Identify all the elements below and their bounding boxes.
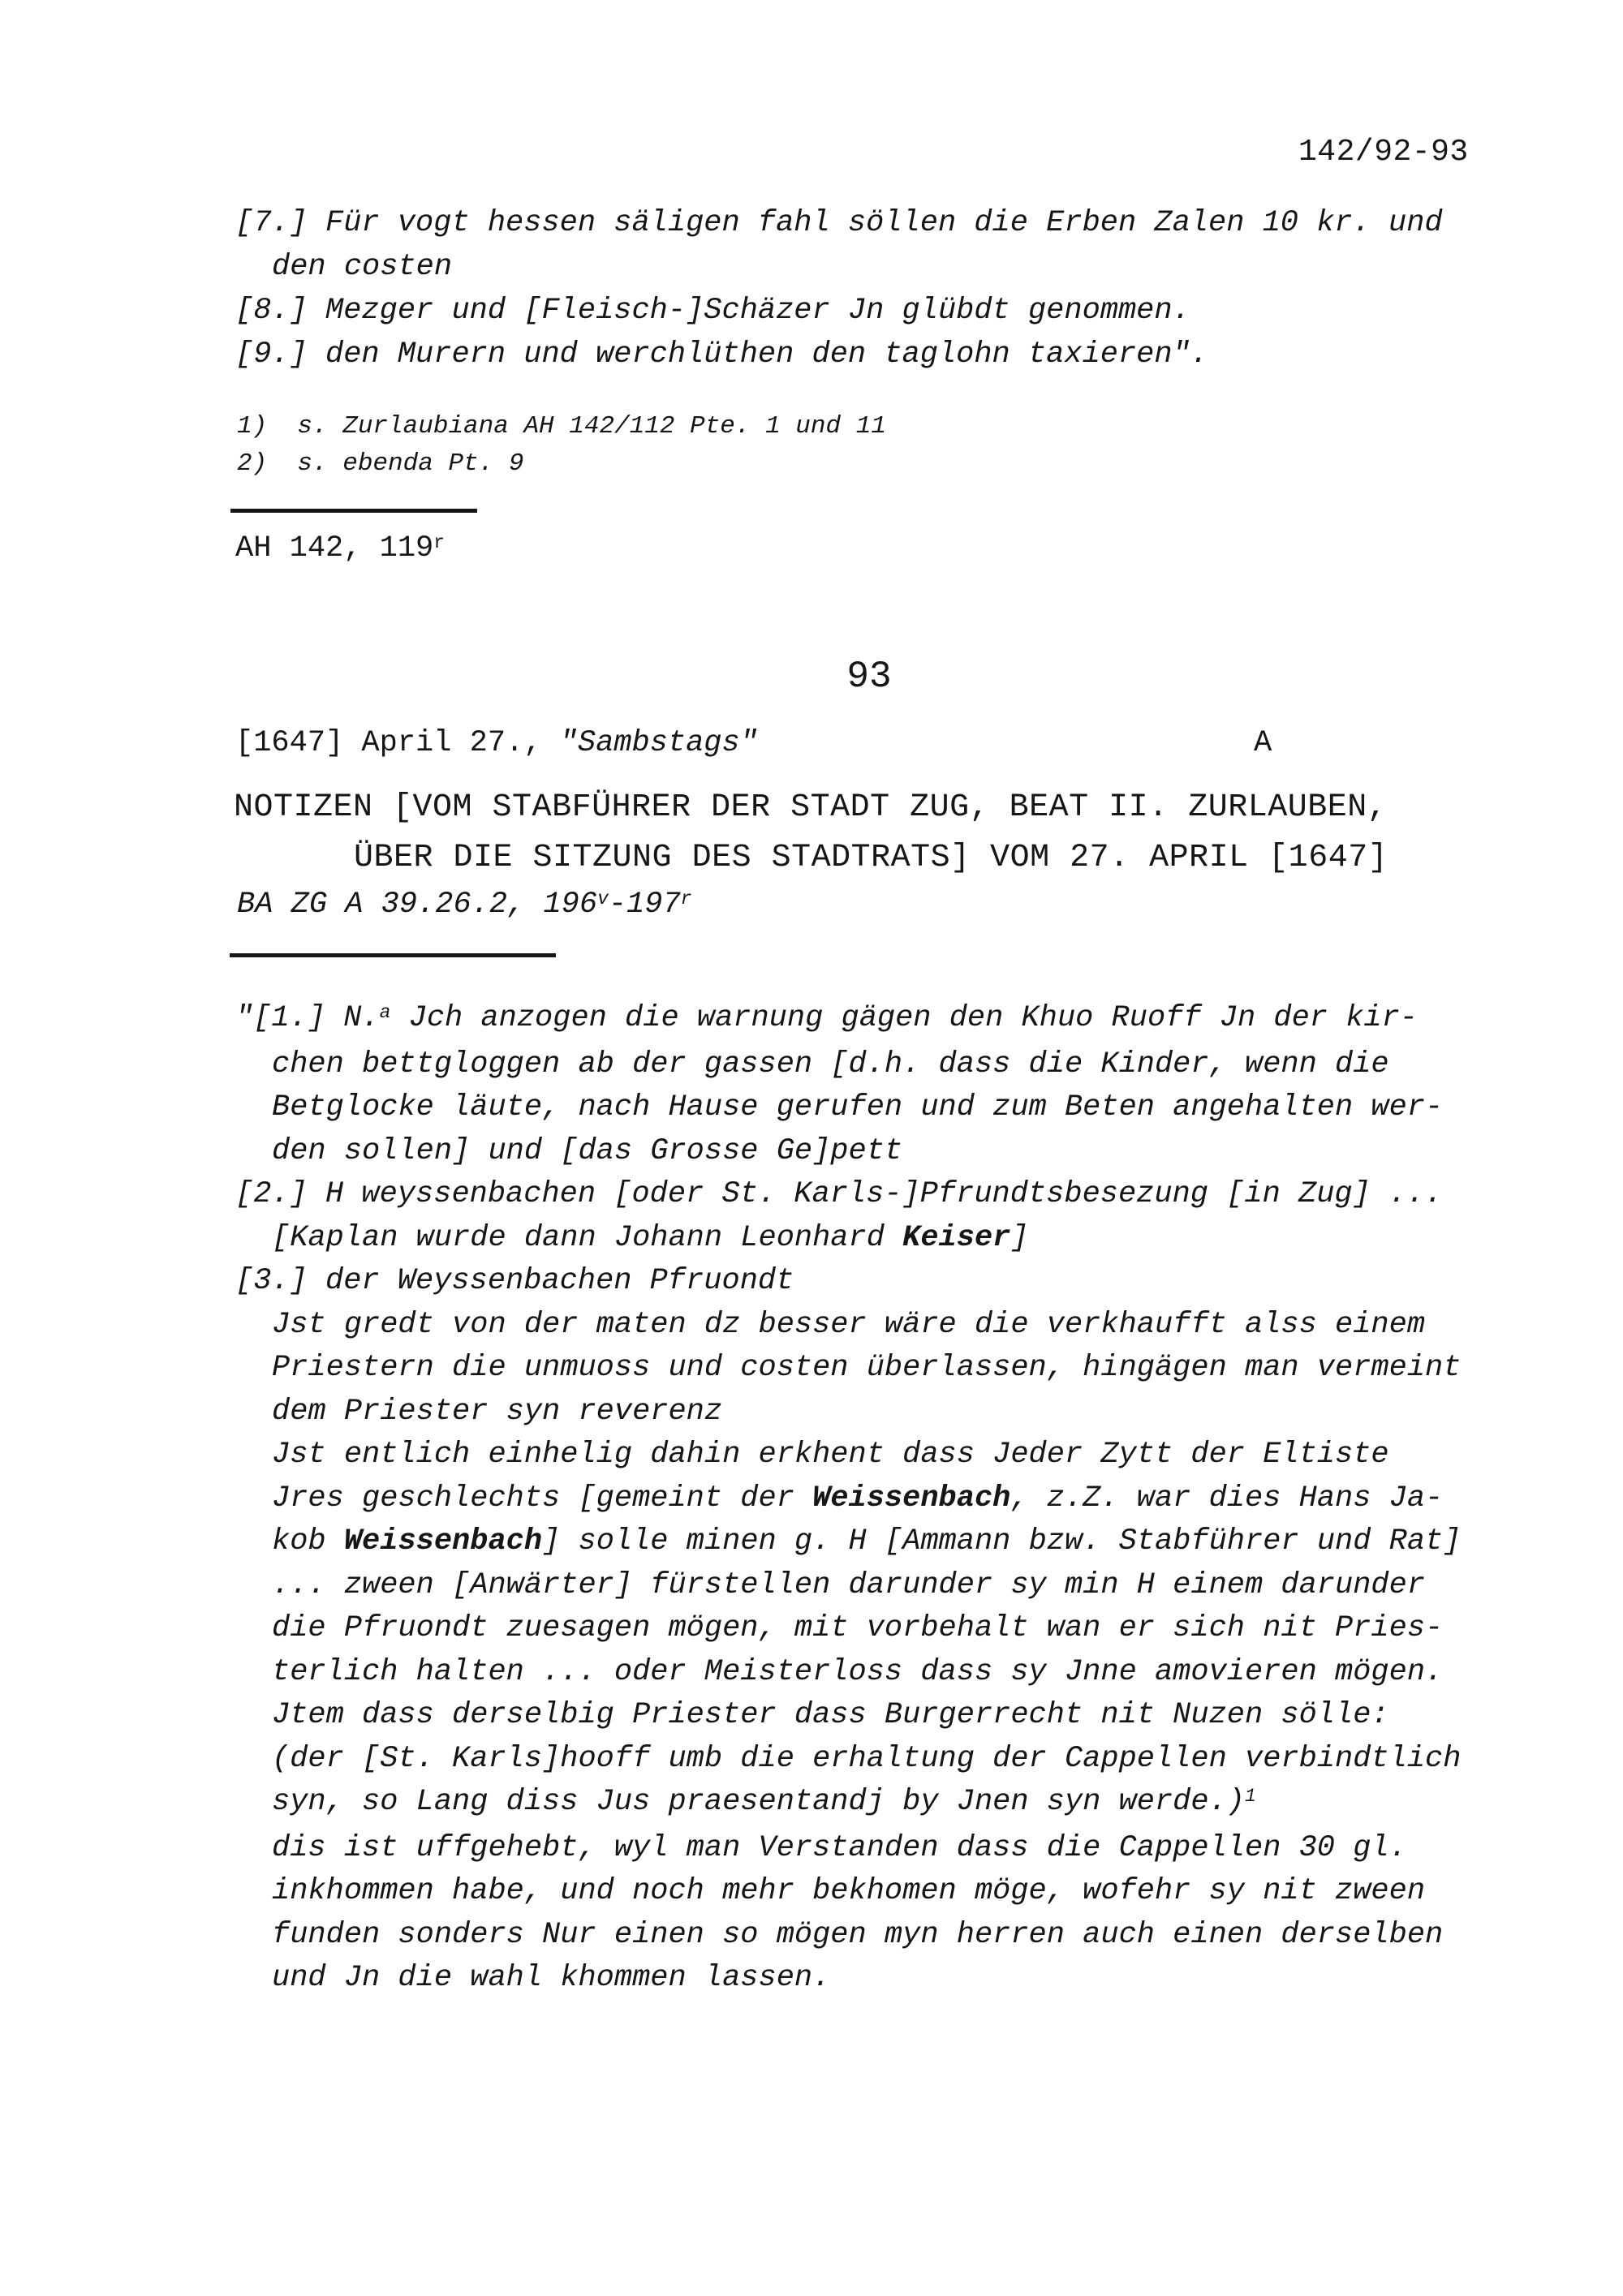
text-line: ... zween [Anwärter] fürstellen darunder… [272,1564,1461,1608]
text-line: Priestern die unmuoss und costen überlas… [272,1347,1461,1391]
page-header-ref: 142/92-93 [1298,135,1469,170]
text-line: ÜBER DIE SITZUNG DES STADTRATS] VOM 27. … [354,833,1388,884]
record-92-footnotes: 1) s. Zurlaubiana AH 142/112 Pte. 1 und … [237,408,886,483]
text-line: [Kaplan wurde dann Johann Leonhard Keise… [272,1217,1461,1261]
text-line: den sollen] und [das Grosse Ge]pett [272,1130,1461,1174]
text-line: 1) s. Zurlaubiana AH 142/112 Pte. 1 und … [237,408,886,445]
record-92-item-list: [7.] Für vogt hessen säligen fahl söllen… [235,201,1443,376]
text-line: dis ist uffgehebt, wyl man Verstanden da… [272,1827,1461,1871]
text-line: chen bettgloggen ab der gassen [d.h. das… [272,1043,1461,1087]
entry-class-mark: A [1254,725,1272,761]
text-line: [7.] Für vogt hessen säligen fahl söllen… [235,201,1443,245]
entry-date-text: [1647] April 27., [235,726,560,760]
entry-date-weekday-quote: "Sambstags" [560,726,758,760]
text-line: kob Weissenbach] solle minen g. H [Amman… [272,1520,1461,1564]
text-line: [8.] Mezger und [Fleisch-]Schäzer Jn glü… [235,289,1443,333]
text-line: Jst gredt von der maten dz besser wäre d… [272,1304,1461,1348]
footnote-divider-rule [230,509,477,513]
text-line: 2) s. ebenda Pt. 9 [237,445,886,483]
text-line: Jres geschlechts [gemeint der Weissenbac… [272,1477,1461,1521]
text-line: Jtem dass derselbig Priester dass Burger… [272,1694,1461,1738]
text-line: Jst entlich einhelig dahin erkhent dass … [272,1434,1461,1477]
entry-title: NOTIZEN [VOM STABFÜHRER DER STADT ZUG, B… [234,783,1388,884]
record-92-archive-ref: AH 142, 119r [235,531,445,569]
text-line: syn, so Lang diss Jus praesentandj by Jn… [272,1781,1461,1827]
text-line: "[1.] N.a Jch anzogen die warnung gägen … [235,997,1461,1043]
text-line: [2.] H weyssenbachen [oder St. Karls-]Pf… [235,1173,1461,1217]
entry-source-ref: BA ZG A 39.26.2, 196v-197r [237,887,691,925]
source-divider-rule [230,953,556,957]
text-line: terlich halten ... oder Meisterloss dass… [272,1651,1461,1695]
text-line: dem Priester syn reverenz [272,1391,1461,1434]
text-line: Betglocke läute, nach Hause gerufen und … [272,1086,1461,1130]
entry-number-heading: 93 [846,656,891,698]
text-line: die Pfruondt zuesagen mögen, mit vorbeha… [272,1607,1461,1651]
entry-body-text: "[1.] N.a Jch anzogen die warnung gägen … [235,997,1461,2001]
text-line: [3.] der Weyssenbachen Pfruondt [235,1260,1461,1304]
text-line: inkhommen habe, und noch mehr bekhomen m… [272,1870,1461,1914]
text-line: funden sonders Nur einen so mögen myn he… [272,1914,1461,1958]
document-page: 142/92-93 [7.] Für vogt hessen säligen f… [0,0,1623,2296]
text-line: NOTIZEN [VOM STABFÜHRER DER STADT ZUG, B… [234,783,1388,833]
text-line: (der [St. Karls]hooff umb die erhaltung … [272,1738,1461,1782]
text-line: [9.] den Murern und werchlüthen den tagl… [235,333,1443,376]
text-line: und Jn die wahl khommen lassen. [272,1957,1461,2001]
entry-date-line: [1647] April 27., "Sambstags" [235,725,758,761]
text-line: den costen [272,245,1443,289]
